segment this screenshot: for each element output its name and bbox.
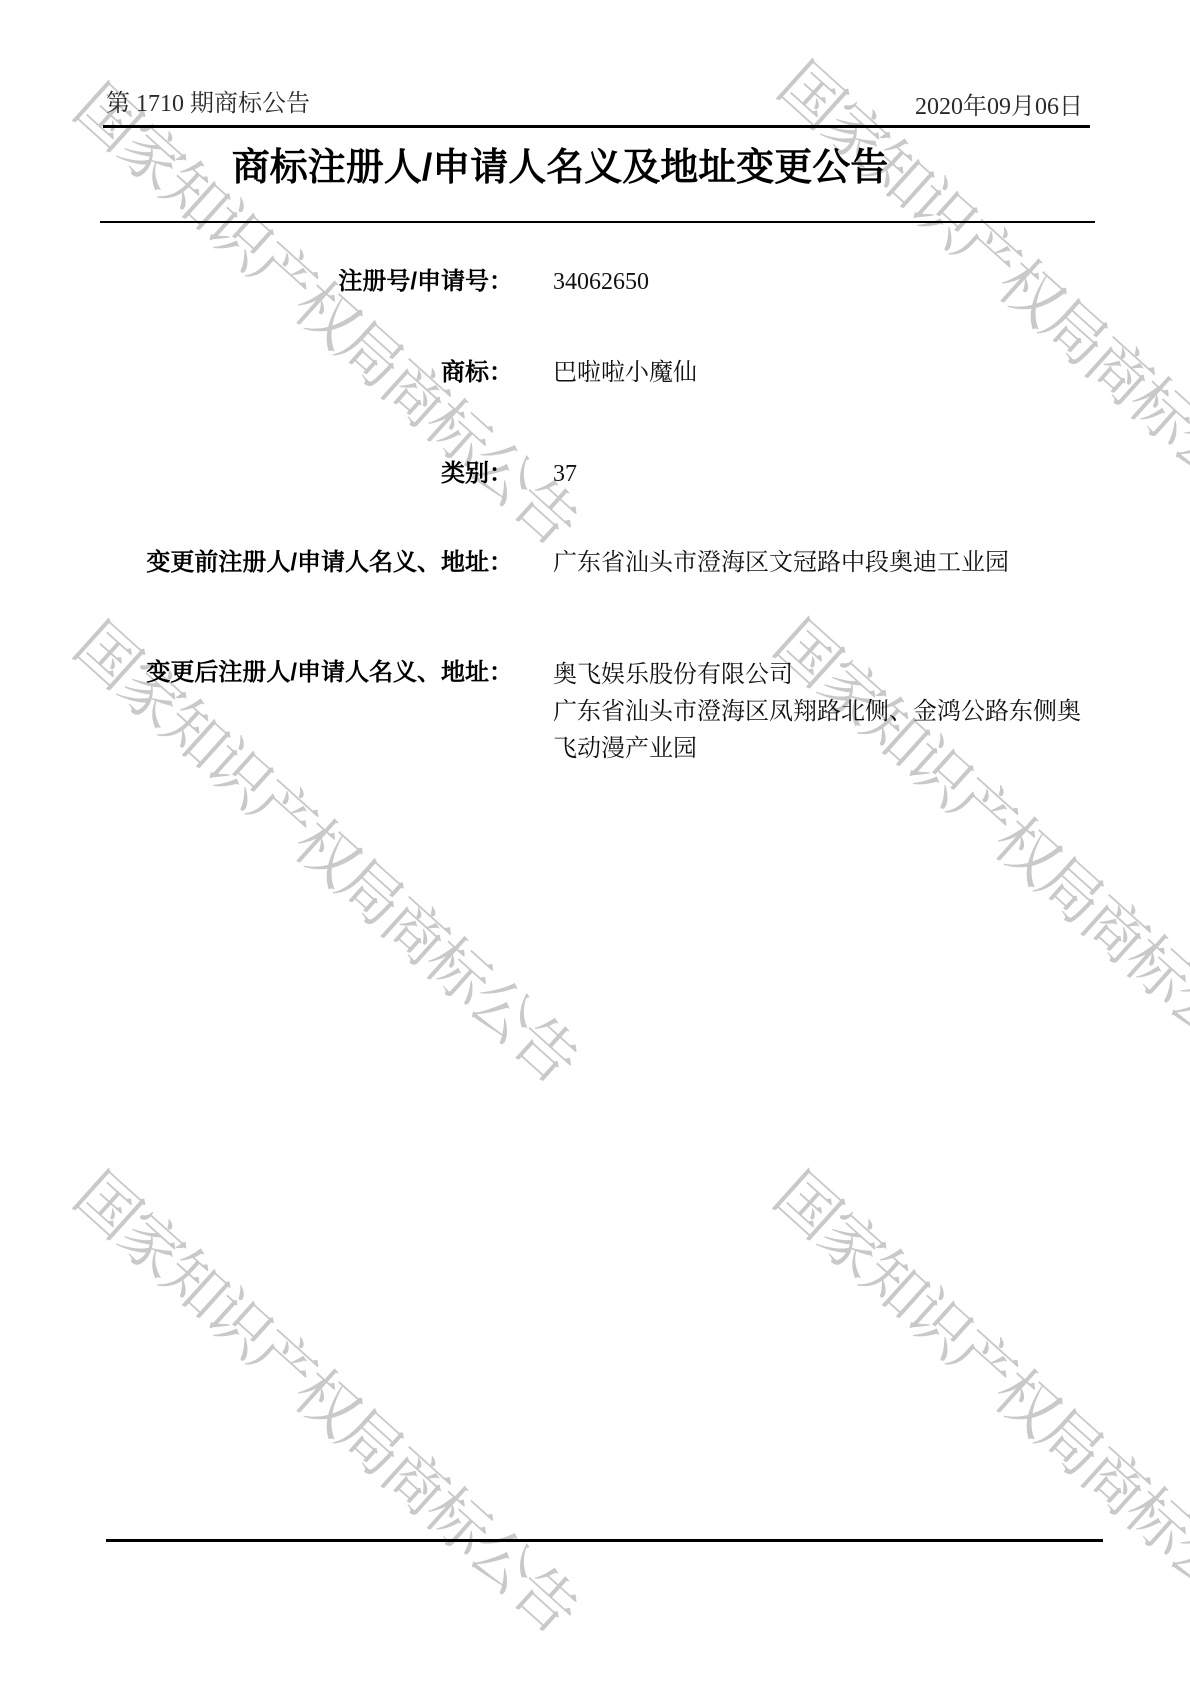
field-value: 34062650: [553, 266, 649, 298]
document-page: 国家知识产权局商标公告 国家知识产权局商标公告 国家知识产权局商标公告 国家知识…: [0, 0, 1190, 1684]
title-rule: [100, 221, 1095, 223]
page-title: 商标注册人/申请人名义及地址变更公告: [100, 142, 1090, 194]
header-issue-number: 第 1710 期商标公告: [106, 90, 310, 118]
field-label: 类别：: [100, 458, 513, 490]
field-row-class: 类别： 37: [100, 458, 1090, 490]
after-change-name: 奥飞娱乐股份有限公司: [553, 657, 1081, 694]
field-label: 商标：: [100, 357, 513, 389]
field-label: 变更后注册人/申请人名义、地址：: [100, 657, 513, 689]
field-label: 注册号/申请号：: [100, 266, 513, 298]
after-change-address-line-2: 飞动漫产业园: [553, 731, 1081, 768]
field-value: 巴啦啦小魔仙: [553, 357, 697, 389]
field-row-registration-number: 注册号/申请号： 34062650: [100, 266, 1090, 298]
header-rule: [103, 125, 1090, 128]
field-value: 37: [553, 458, 577, 490]
field-label: 变更前注册人/申请人名义、地址：: [100, 547, 513, 579]
field-row-before-change: 变更前注册人/申请人名义、地址： 广东省汕头市澄海区文冠路中段奥迪工业园: [100, 547, 1090, 579]
document-content: 第 1710 期商标公告 2020年09月06日 商标注册人/申请人名义及地址变…: [0, 0, 1190, 1684]
field-row-after-change: 变更后注册人/申请人名义、地址： 奥飞娱乐股份有限公司 广东省汕头市澄海区凤翔路…: [100, 657, 1090, 768]
field-value-multiline: 奥飞娱乐股份有限公司 广东省汕头市澄海区凤翔路北侧、金鸿公路东侧奥 飞动漫产业园: [553, 657, 1081, 768]
footer-rule: [106, 1539, 1103, 1542]
field-value: 广东省汕头市澄海区文冠路中段奥迪工业园: [553, 547, 1009, 579]
header-date: 2020年09月06日: [915, 93, 1083, 121]
after-change-address-line-1: 广东省汕头市澄海区凤翔路北侧、金鸿公路东侧奥: [553, 694, 1081, 731]
field-row-trademark: 商标： 巴啦啦小魔仙: [100, 357, 1090, 389]
